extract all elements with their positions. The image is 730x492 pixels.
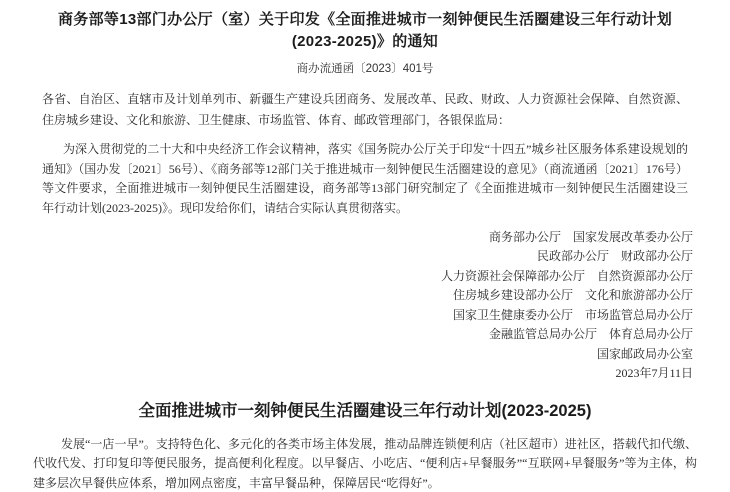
- notice-section: 商务部等13部门办公厅（室）关于印发《全面推进城市一刻钟便民生活圈建设三年行动计…: [0, 0, 730, 384]
- issue-date-block: 2023年7月11日: [42, 364, 693, 384]
- signatory-line: 商务部办公厅 国家发展改革委办公厅: [42, 228, 693, 248]
- plan-title: 全面推进城市一刻钟便民生活圈建设三年行动计划(2023-2025): [33, 399, 697, 423]
- signatory-line: 国家卫生健康委办公厅 市场监管总局办公厅: [42, 306, 693, 326]
- doc-number: 商办流通函〔2023〕401号: [42, 62, 688, 76]
- signatory-line: 国家邮政局办公室: [42, 345, 693, 365]
- notice-body-paragraph: 为深入贯彻党的二十大和中央经济工作会议精神，落实《国务院办公厅关于印发“十四五”…: [42, 140, 688, 219]
- notice-title: 商务部等13部门办公厅（室）关于印发《全面推进城市一刻钟便民生活圈建设三年行动计…: [42, 9, 688, 53]
- signatory-line: 住房城乡建设部办公厅 文化和旅游部办公厅: [42, 286, 693, 306]
- signatory-line: 人力资源社会保障部办公厅 自然资源部办公厅: [42, 267, 693, 287]
- plan-paragraph: 发展“一店一早”。支持特色化、多元化的各类市场主体发展，推动品牌连锁便利店（社区…: [33, 435, 697, 492]
- action-plan-section: 全面推进城市一刻钟便民生活圈建设三年行动计划(2023-2025) 发展“一店一…: [0, 399, 730, 492]
- signature-block: 商务部办公厅 国家发展改革委办公厅 民政部办公厅 财政部办公厅 人力资源社会保障…: [42, 228, 693, 365]
- addressee-paragraph: 各省、自治区、直辖市及计划单列市、新疆生产建设兵团商务、发展改革、民政、财政、人…: [42, 89, 688, 130]
- signatory-line: 金融监管总局办公厅 体育总局办公厅: [42, 325, 693, 345]
- document-page: 商务部等13部门办公厅（室）关于印发《全面推进城市一刻钟便民生活圈建设三年行动计…: [0, 0, 730, 492]
- issue-date: 2023年7月11日: [42, 364, 693, 384]
- signatory-line: 民政部办公厅 财政部办公厅: [42, 247, 693, 267]
